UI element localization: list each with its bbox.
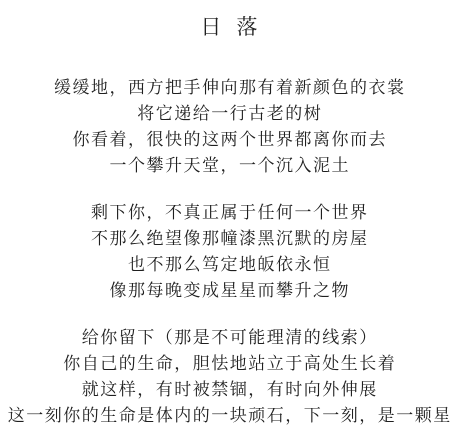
- poem-line: 不那么绝望像那幢漆黑沉默的房屋: [0, 226, 458, 252]
- poem-line: 缓缓地，西方把手伸向那有着新颜色的衣裳: [0, 75, 458, 101]
- stanza-2: 剩下你，不真正属于任何一个世界 不那么绝望像那幢漆黑沉默的房屋 也不那么笃定地皈…: [0, 200, 458, 304]
- poem-line: 你自己的生命，胆怯地站立于高处生长着: [0, 351, 458, 377]
- poem-line: 就这样，有时被禁锢，有时向外伸展: [0, 377, 458, 403]
- poem-line: 一个攀升天堂，一个沉入泥土: [0, 153, 458, 179]
- poem-title: 日落: [0, 13, 458, 41]
- poem-line: 这一刻你的生命是体内的一块顽石，下一刻，是一颗星: [0, 403, 458, 429]
- poem-line: 给你留下（那是不可能理清的线索）: [0, 325, 458, 351]
- stanza-3: 给你留下（那是不可能理清的线索） 你自己的生命，胆怯地站立于高处生长着 就这样，…: [0, 325, 458, 429]
- poem-line: 将它递给一行古老的树: [0, 101, 458, 127]
- stanza-1: 缓缓地，西方把手伸向那有着新颜色的衣裳 将它递给一行古老的树 你看着，很快的这两…: [0, 75, 458, 179]
- poem-page: 日落 缓缓地，西方把手伸向那有着新颜色的衣裳 将它递给一行古老的树 你看着，很快…: [0, 0, 458, 445]
- poem-line: 像那每晚变成星星而攀升之物: [0, 278, 458, 304]
- poem-line: 也不那么笃定地皈依永恒: [0, 252, 458, 278]
- poem-line: 剩下你，不真正属于任何一个世界: [0, 200, 458, 226]
- poem-line: 你看着，很快的这两个世界都离你而去: [0, 127, 458, 153]
